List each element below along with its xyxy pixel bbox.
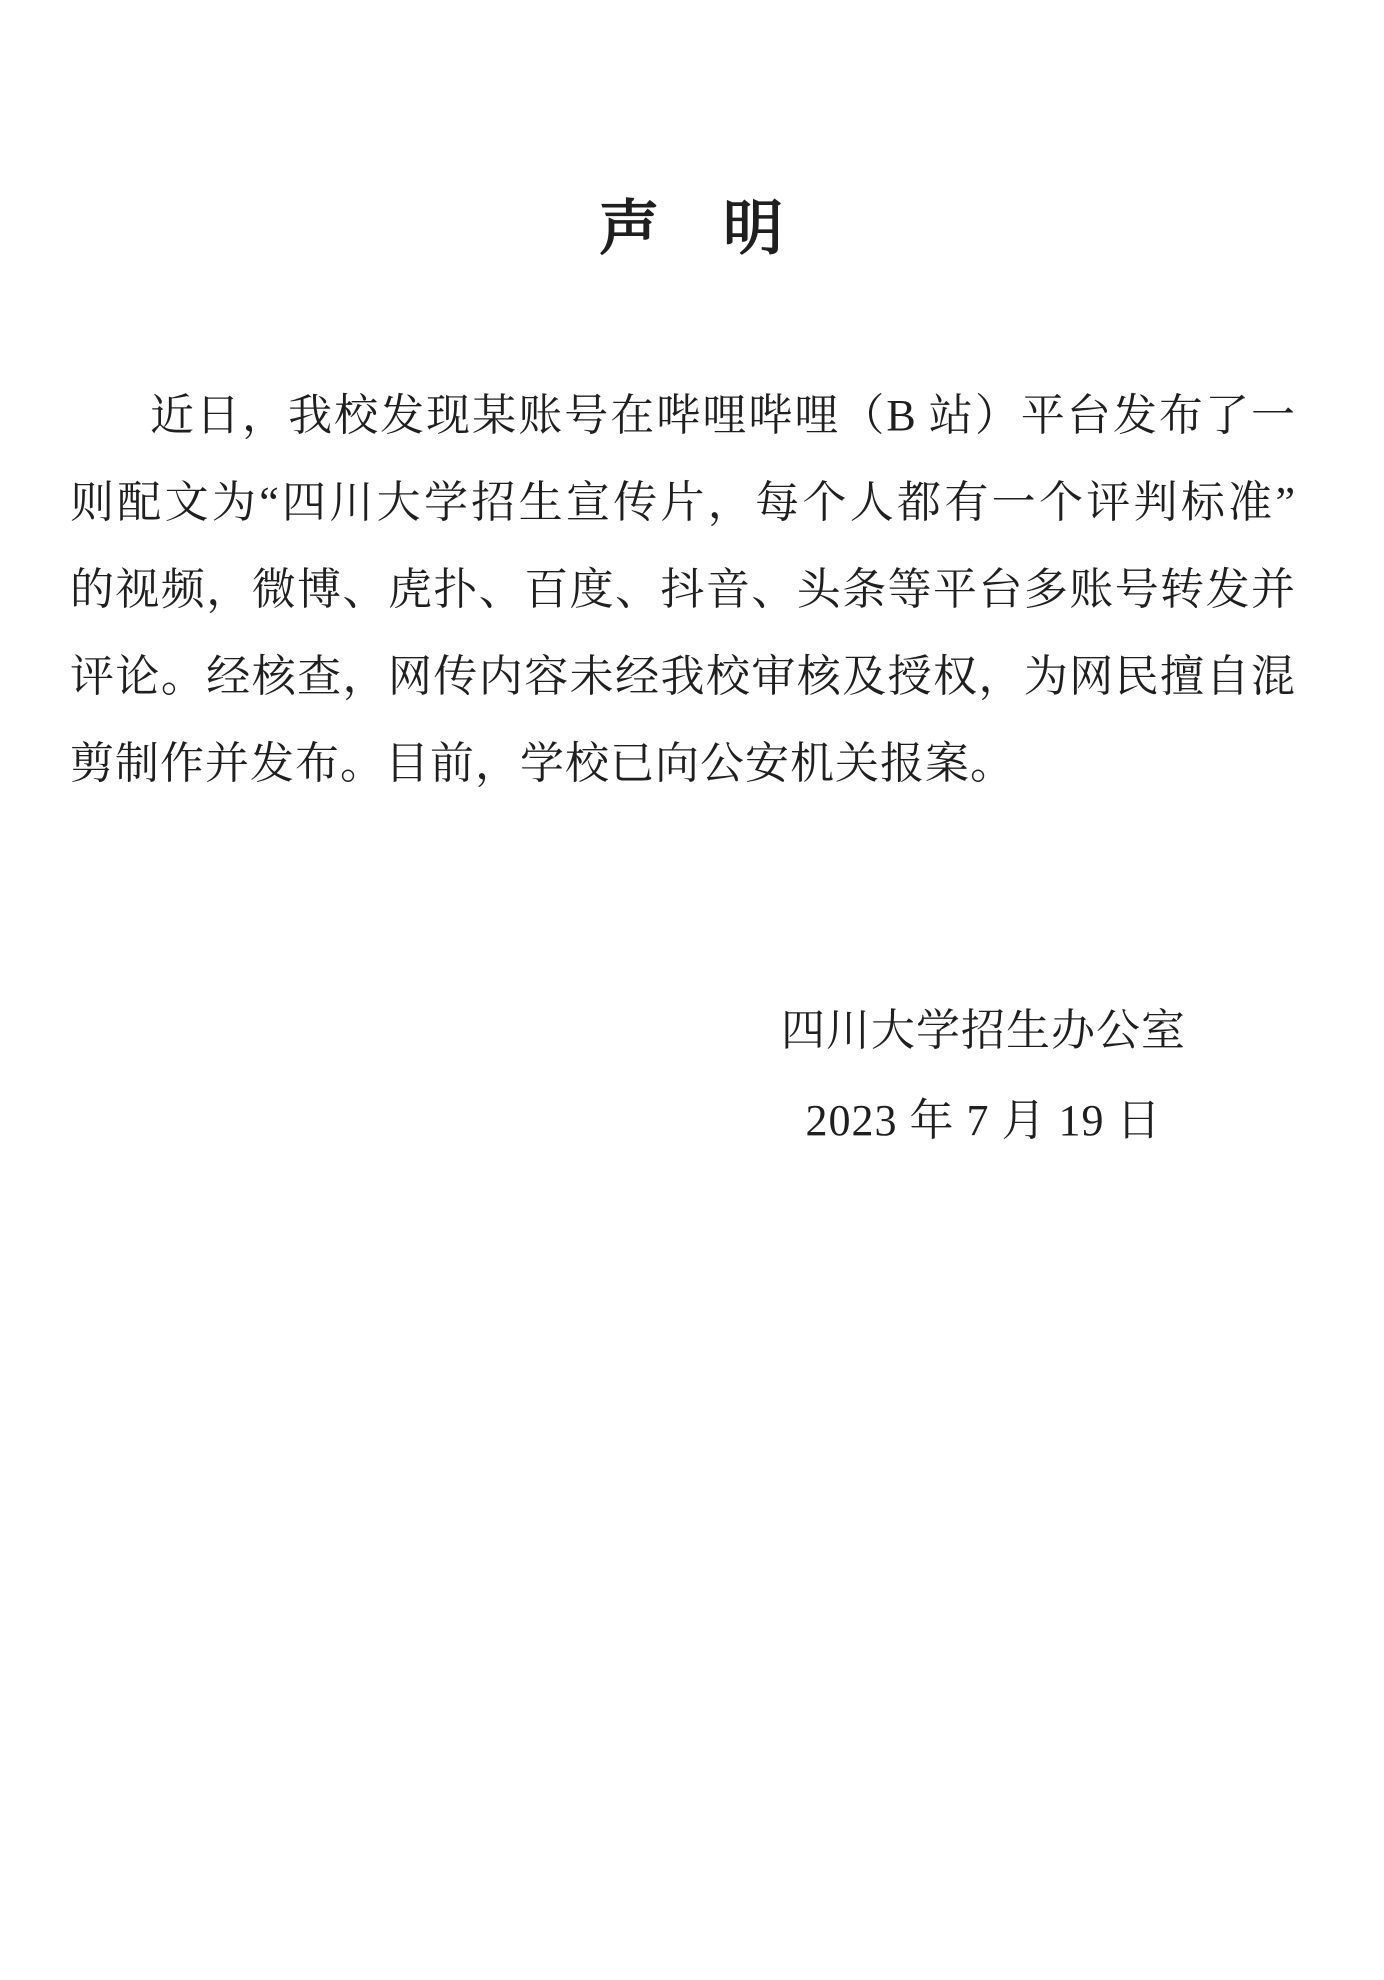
signature-organization: 四川大学招生办公室 xyxy=(781,1003,1186,1059)
body-line-2: 则配文为“四川大学招生宣传片，每个人都有一个评判标准” xyxy=(70,459,1295,546)
signature-date: 2023 年 7 月 19 日 xyxy=(781,1095,1186,1147)
body-line-3: 的视频，微博、虎扑、百度、抖音、头条等平台多账号转发并 xyxy=(70,546,1295,633)
body-line-5: 剪制作并发布。目前，学校已向公安机关报案。 xyxy=(70,720,1295,807)
body-line-4: 评论。经核查，网传内容未经我校审核及授权，为网民擅自混 xyxy=(70,633,1295,720)
body-line-1: 近日，我校发现某账号在哔哩哔哩（B 站）平台发布了一 xyxy=(70,372,1295,459)
statement-body: 近日，我校发现某账号在哔哩哔哩（B 站）平台发布了一 则配文为“四川大学招生宣传… xyxy=(70,372,1295,807)
statement-document-page: 声 明 近日，我校发现某账号在哔哩哔哩（B 站）平台发布了一 则配文为“四川大学… xyxy=(0,0,1384,1980)
document-title: 声 明 xyxy=(0,196,1384,262)
signature-block: 四川大学招生办公室 2023 年 7 月 19 日 xyxy=(781,1003,1186,1147)
